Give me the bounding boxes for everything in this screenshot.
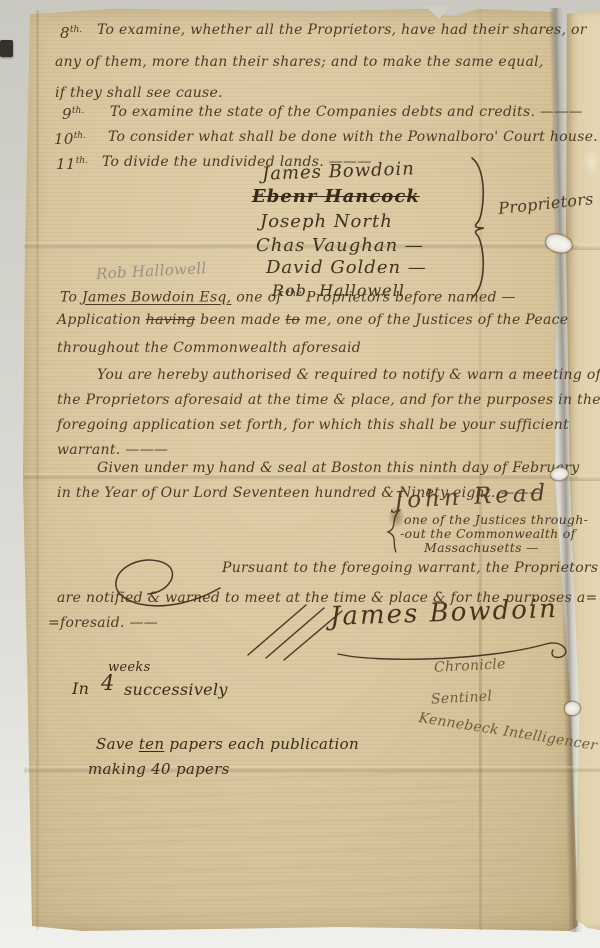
item-8-line-3: if they shall see cause. — [55, 85, 223, 101]
warrant-line-4: warrant. ——— — [57, 442, 168, 458]
pursuant-line-3: =foresaid. —— — [48, 615, 158, 631]
address-inserted-word: the — [287, 289, 302, 299]
note-making-papers: making 40 papers — [88, 760, 230, 778]
address-mid: one of — [231, 290, 286, 306]
application-2: been made — [195, 312, 285, 328]
warrant-line-2: the Proprietors aforesaid at the time & … — [57, 392, 600, 408]
save-2: papers each publication — [164, 735, 359, 753]
item-9-num: 9 — [62, 105, 72, 123]
signature-chas-vaughan: Chas Vaughan — — [256, 235, 424, 256]
address-post: Proprietors before named — — [301, 290, 516, 306]
warrant-line-1: You are hereby authorised & required to … — [97, 367, 600, 383]
item-9-text: To examine the state of the Companies de… — [110, 104, 583, 120]
signature-ebenr-hancock: Ebenr Hancock — [252, 186, 420, 207]
item-8-line-1: To examine, whether all the Proprietors,… — [97, 22, 587, 38]
address-pre: To — [60, 290, 82, 306]
item-8-num: 8 — [60, 24, 70, 42]
pursuant-line-1: Pursuant to the foregoing warrant, the P… — [222, 560, 600, 576]
signature-joseph-north: Joseph North — [260, 211, 393, 232]
application-1: Application — [57, 312, 146, 328]
justice-title-3: Massachusetts — — [424, 540, 539, 555]
note-save-papers: Save ten papers each publication — [96, 735, 359, 753]
note-successively: successively — [124, 680, 228, 699]
item-10-text: To consider what shall be done with the … — [108, 129, 598, 145]
save-ten-underlined: ten — [139, 735, 164, 753]
item-8-line-2: any of them, more than their shares; and… — [55, 54, 544, 70]
signature-david-golden: David Golden — — [266, 257, 427, 278]
newspaper-sentinel: Sentinel — [431, 688, 493, 707]
commonwealth-line: throughout the Commonwealth aforesaid — [57, 340, 361, 356]
ink-bleedthrough-lower — [40, 770, 520, 920]
item-10-num: 10 — [54, 130, 74, 148]
item-9-number: 9th. — [62, 105, 84, 123]
edge-damage-patch — [583, 148, 600, 176]
item-11-number: 11th. — [56, 155, 88, 173]
address-name: James Bowdoin Esq, — [82, 290, 231, 306]
application-struck-1: having — [146, 312, 196, 328]
justice-title-1: one of the Justices through- — [404, 512, 588, 527]
left-edge-mark — [0, 40, 13, 57]
application-3: me, one of the Justices of the Peace — [300, 312, 568, 328]
item-8-ordinal: th. — [70, 25, 82, 35]
proprietors-brace — [468, 156, 494, 300]
left-edge-crease — [36, 10, 39, 930]
item-10-number: 10th. — [54, 130, 86, 148]
item-11-ordinal: th. — [76, 156, 88, 166]
application-struck-2: to — [285, 312, 300, 328]
item-10-ordinal: th. — [74, 131, 86, 141]
item-9-ordinal: th. — [72, 106, 84, 116]
given-line-1: Given under my hand & seal at Boston thi… — [97, 460, 580, 476]
warrant-line-3: foregoing application set forth, for whi… — [57, 417, 569, 433]
item-8-number: 8th. — [60, 24, 82, 42]
save-1: Save — [96, 735, 139, 753]
application-line: Application having been made to me, one … — [57, 312, 568, 328]
item-11-num: 11 — [56, 155, 76, 173]
note-in: In — [72, 679, 89, 698]
scanned-manuscript: 8th. To examine, whether all the Proprie… — [0, 0, 600, 948]
address-line: To James Bowdoin Esq, one of the Proprie… — [60, 289, 516, 306]
note-four: 4 — [101, 671, 115, 695]
justice-title-2: -out the Commonwealth of — [400, 526, 576, 541]
